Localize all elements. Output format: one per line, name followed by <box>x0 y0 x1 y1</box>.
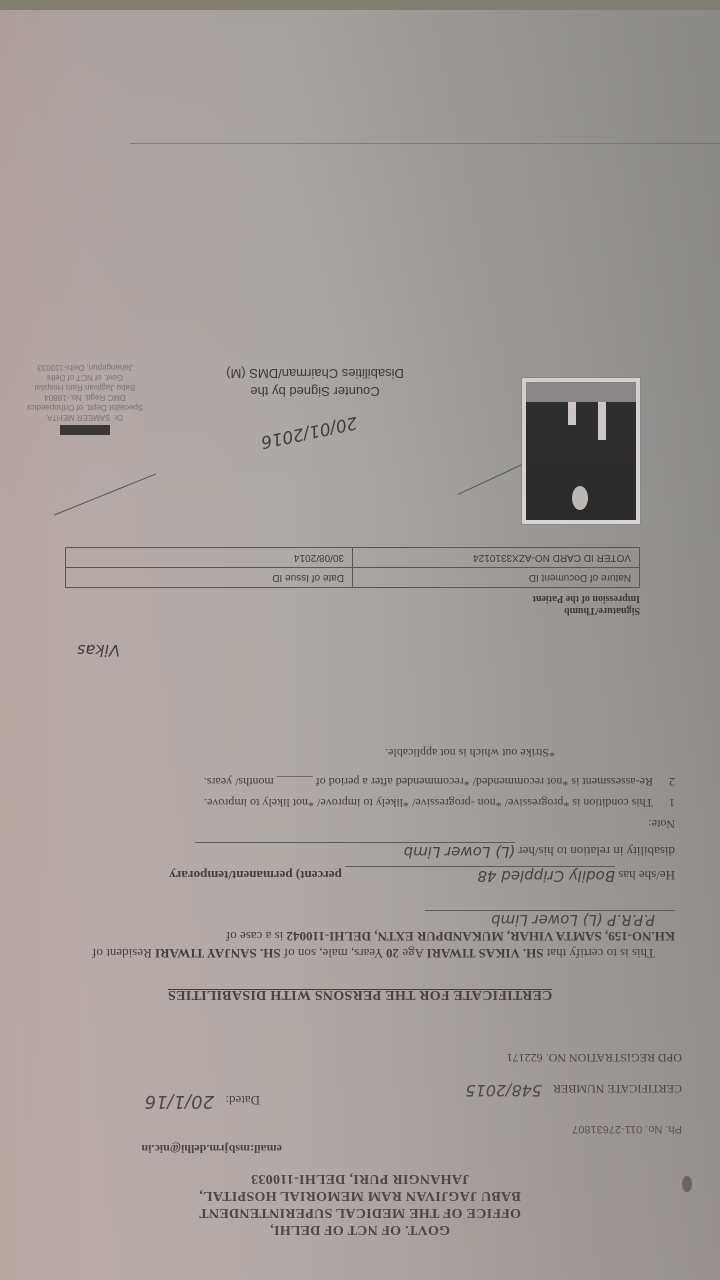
patient-signature: Vikas <box>77 641 120 660</box>
note-item: 1 This condition is *progressive/ *non -… <box>80 794 675 811</box>
certificate-number-value: 548/2015 <box>465 1081 542 1100</box>
note-label: Note: <box>80 815 675 832</box>
certificate-sheet: GOVT. OF NCT OF DELHI, OFFICE OF THE MED… <box>0 0 720 1280</box>
opd-label: OPD REGISTRATION NO. <box>546 1051 682 1065</box>
member-stamp: MEMBER Dr. SAMEER MEHTA Specialist Deptt… <box>10 362 160 440</box>
countersign-authority: Disabilities Chairman/DMS (M) <box>210 364 420 382</box>
strike-note: *Strike out which is not applicable. <box>80 744 675 761</box>
disability-region-value: (L) Lower Limb <box>195 842 515 860</box>
patient-age: 20 <box>386 946 399 961</box>
patient-photo <box>522 378 640 524</box>
patient-address: KH.NO-159, SAMTA VIHAR, MUKANDPUR EXTN, … <box>287 929 675 944</box>
member-label: MEMBER <box>60 425 110 435</box>
header-address: JAHANGIR PURI, DELHI-110033 <box>0 1170 720 1187</box>
table-row: VOTER ID CARD NO-AZX3310124 30/08/2014 <box>66 548 640 568</box>
countersign-date: 20/01/2016 <box>259 412 359 452</box>
patient-name: SH. VIKAS TIWARI <box>427 946 544 961</box>
id-document-table: Nature of Document ID Date of Issue ID V… <box>65 547 640 588</box>
note-item: 2 Re-assessment is *not recommended/ *re… <box>80 773 675 790</box>
certificate-body: This is to certify that SH. VIKAS TIWARI… <box>80 744 675 962</box>
father-name: SH. SANJAY TIWARI <box>155 946 281 961</box>
header-office: OFFICE OF THE MEDICAL SUPERINTENDENT <box>0 1204 720 1221</box>
photo-signature-stroke <box>458 464 522 494</box>
dated-label: Dated: <box>225 1093 260 1108</box>
patient-signature-label: Signature/Thumb <box>533 604 640 616</box>
header-email: email:msbjrm.delhi@nic.in <box>142 1141 283 1156</box>
table-header: Date of Issue ID <box>66 568 353 588</box>
table-header: Nature of Document ID <box>353 568 640 588</box>
opd-value: 622171 <box>507 1051 543 1065</box>
countersign-label: Counter Signed by the <box>210 382 420 400</box>
certificate-number-label: CERTIFICATE NUMBER <box>553 1082 682 1096</box>
header-hospital: BABU JAGJIVAN RAM MEMORIAL HOSPITAL, <box>0 1187 720 1204</box>
header-phone: Ph. No. 011-27631807 <box>572 1123 682 1135</box>
disability-type-value: Bodily Crippled 48 <box>345 866 615 884</box>
diagnosis-value: P.P.R.P (L) Lower Limb <box>425 910 675 928</box>
dated-value: 20/1/16 <box>145 1091 214 1112</box>
certificate-title: CERTIFICATE FOR THE PERSONS WITH DISABIL… <box>0 986 720 1002</box>
member-signature-stroke <box>54 473 156 515</box>
punch-hole <box>682 1176 692 1192</box>
header-govt: GOVT. OF NCT OF DELHI, <box>0 1221 720 1238</box>
